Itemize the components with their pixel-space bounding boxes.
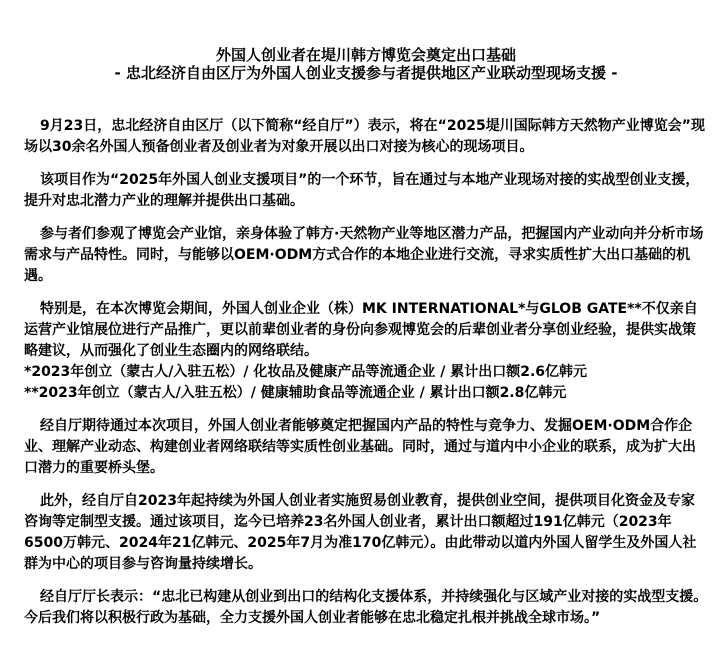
document-body: 9月23日，忠北经济自由区厅（以下简称“经自厅”）表示，将在“2025堤川国际韩… (24, 116, 708, 629)
document-page: 外国人创业者在堤川韩方博览会奠定出口基础 - 忠北经济自由区厅为外国人创业支援参… (0, 0, 720, 656)
title-line-1: 外国人创业者在堤川韩方博览会奠定出口基础 (24, 46, 708, 64)
footnote-company-1: *2023年创立（蒙古人/入驻五松）/ 化妆品及健康产品等流通企业 / 累计出口… (24, 362, 708, 383)
paragraph-companies-highlight: 特别是，在本次博览会期间，外国人创业企业（株）MK INTERNATIONAL*… (24, 299, 708, 362)
document-title: 外国人创业者在堤川韩方博览会奠定出口基础 - 忠北经济自由区厅为外国人创业支援参… (24, 46, 708, 82)
paragraph-expectations: 经自厅期待通过本次项目，外国人创业者能够奠定把握国内产品的特性与竞争力、发掘OE… (24, 416, 708, 479)
paragraph-participants-activity: 参与者们参观了博览会产业馆，亲身体验了韩方·天然物产业等地区潜力产品，把握国内产… (24, 224, 708, 287)
paragraph-director-quote: 经自厅厅长表示：“忠北已构建从创业到出口的结构化支援体系，并持续强化与区域产业对… (24, 587, 708, 629)
title-line-2: - 忠北经济自由区厅为外国人创业支援参与者提供地区产业联动型现场支援 - (24, 64, 708, 82)
paragraph-program-history: 此外，经自厅自2023年起持续为外国人创业者实施贸易创业教育，提供创业空间，提供… (24, 491, 708, 575)
paragraph-event-announcement: 9月23日，忠北经济自由区厅（以下简称“经自厅”）表示，将在“2025堤川国际韩… (24, 116, 708, 158)
footnote-company-2: **2023年创立（蒙古人/入驻五松）/ 健康辅助食品等流通企业 / 累计出口额… (24, 383, 708, 404)
paragraph-project-purpose: 该项目作为“2025年外国人创业支援项目”的一个环节，旨在通过与本地产业现场对接… (24, 170, 708, 212)
